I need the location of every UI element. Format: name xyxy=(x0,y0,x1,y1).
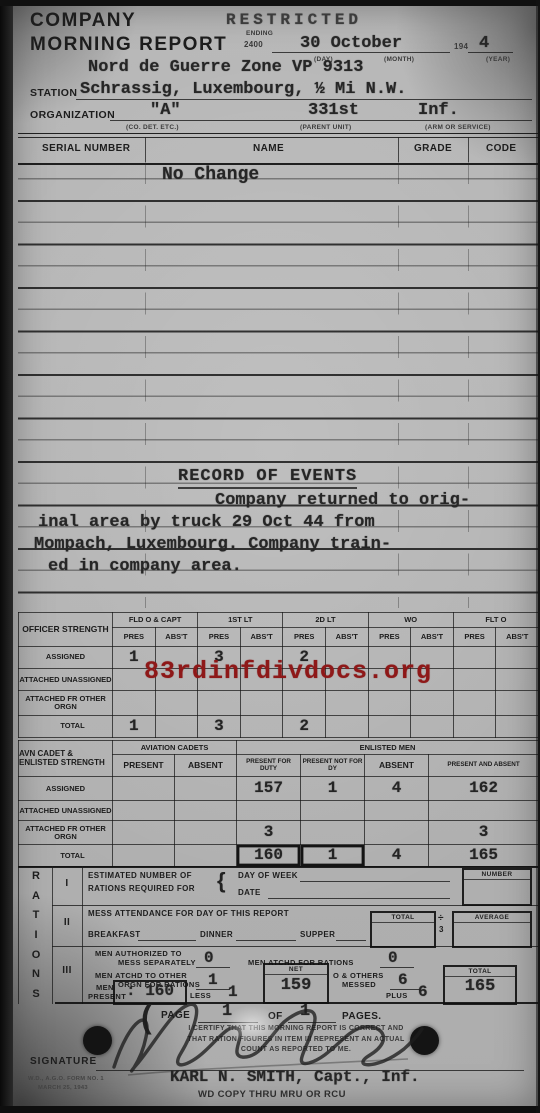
month-sublabel: (MONTH) xyxy=(384,56,414,63)
officer-sub-pres: PRES xyxy=(453,628,496,646)
enlisted-group-cadets: AVIATION CADETS xyxy=(113,741,237,755)
roster-divider-3 xyxy=(468,137,469,162)
rations-vertical-label: RATIONS xyxy=(20,870,52,1000)
roster-col-name: NAME xyxy=(253,143,284,154)
supper-underline xyxy=(336,940,366,941)
enlisted-row-label: ATTACHED FR OTHER ORGN xyxy=(19,821,113,845)
record-of-events-line2: inal area by truck 29 Oct 44 from xyxy=(38,513,375,532)
brace-glyph: { xyxy=(217,868,226,894)
atchd-other-underline xyxy=(196,989,230,990)
roster-col-serial: SERIAL NUMBER xyxy=(42,143,130,154)
officer-sub-abst: ABS'T xyxy=(411,628,454,646)
form-number-line1: W.D., A.G.O. FORM NO. 1 xyxy=(28,1076,104,1082)
grand-total-box-label: TOTAL xyxy=(445,967,515,977)
station-label: STATION xyxy=(30,87,77,99)
officer-total-1stlt-pres: 3 xyxy=(214,717,224,735)
officer-sub-pres: PRES xyxy=(113,628,156,646)
date-label: DATE xyxy=(238,888,261,897)
supper-label: SUPPER xyxy=(300,930,335,939)
grand-total-value: 165 xyxy=(445,977,515,996)
net-box-label: NET xyxy=(265,965,327,975)
ruled-column-stub-2 xyxy=(398,162,399,608)
rations-numeral-1: I xyxy=(52,878,82,889)
rations-numeral-2: II xyxy=(52,917,82,928)
number-box: NUMBER xyxy=(462,868,532,906)
officer-assigned-fldo-pres: 1 xyxy=(129,648,139,666)
officer-sub-pres: PRES xyxy=(198,628,241,646)
record-of-events-title: RECORD OF EVENTS xyxy=(178,467,357,489)
ending-time: 2400 xyxy=(244,40,263,49)
divide-by-value: 3 xyxy=(439,925,444,934)
enlisted-total-pa: 165 xyxy=(469,846,498,864)
day-of-week-label: DAY OF WEEK xyxy=(238,871,298,880)
breakfast-underline xyxy=(138,940,196,941)
year-underline xyxy=(468,52,513,53)
officer-sub-abst: ABS'T xyxy=(325,628,368,646)
officer-sub-abst: ABS'T xyxy=(496,628,539,646)
org-company-sublabel: (CO. DET. ETC.) xyxy=(126,124,179,131)
men-present-label-1: MEN xyxy=(96,983,114,992)
signed-name-typed: KARL N. SMITH, Capt., Inf. xyxy=(170,1068,420,1086)
ending-label: ENDING xyxy=(246,30,273,37)
officer-row-label: TOTAL xyxy=(19,715,113,737)
station-value: Schrassig, Luxembourg, ½ Mi N.W. xyxy=(80,80,406,99)
officer-group-fldo: FLD O & CAPT xyxy=(113,613,198,628)
enlisted-col-present: PRESENT xyxy=(113,755,175,777)
auth-mess-underline xyxy=(196,967,230,968)
divide-symbol: ÷ xyxy=(438,913,444,924)
enlisted-col-present-not-for-dy: PRESENT NOT FOR DY xyxy=(301,755,365,777)
signature-label: SIGNATURE xyxy=(30,1056,97,1067)
dinner-label: DINNER xyxy=(200,930,233,939)
roster-col-code: CODE xyxy=(486,143,517,154)
year-printed: 194 xyxy=(454,42,468,51)
enlisted-total-pfd: 160 xyxy=(254,846,283,864)
enlisted-col-present-and-absent: PRESENT AND ABSENT xyxy=(429,755,539,777)
rations-numeral-divider xyxy=(82,866,83,1004)
officer-row-label: ATTACHED UNASSIGNED xyxy=(19,668,113,690)
rations-numeral-3: III xyxy=(52,965,82,976)
zone-line: Nord de Guerre Zone VP 9313 xyxy=(88,58,363,77)
enlisted-corner-label: AVN CADET & ENLISTED STRENGTH xyxy=(19,741,113,777)
record-of-events-line3: Mompach, Luxembourg. Company train- xyxy=(34,535,391,554)
org-parent-value: 331st xyxy=(308,101,359,120)
photo-edge-top xyxy=(0,0,540,6)
enlisted-col-absent: ABSENT xyxy=(175,755,237,777)
officer-sub-abst: ABS'T xyxy=(240,628,283,646)
average-box: AVERAGE xyxy=(452,911,532,948)
form-title-line1: COMPANY xyxy=(30,10,136,32)
grand-total-box: TOTAL 165 xyxy=(443,965,517,1005)
ruled-column-stub-3 xyxy=(468,162,469,608)
others-messed-label-2: MESSED xyxy=(342,980,376,989)
enlisted-col-present-for-duty: PRESENT FOR DUTY xyxy=(237,755,301,777)
org-company-value: "A" xyxy=(150,101,181,120)
enlisted-group-enlisted: ENLISTED MEN xyxy=(237,741,539,755)
officer-row-label: ASSIGNED xyxy=(19,646,113,668)
form-number-line2: MARCH 25, 1943 xyxy=(38,1085,88,1091)
breakfast-label: BREAKFAST xyxy=(88,930,141,939)
photo-edge-bottom xyxy=(0,1106,540,1113)
copy-routing-line: WD COPY THRU MRU OR RCU xyxy=(198,1089,346,1100)
roster-col-grade: GRADE xyxy=(414,143,452,154)
enlisted-row-label: TOTAL xyxy=(19,845,113,867)
atchd-other-value: 1 xyxy=(208,971,218,989)
officer-sub-pres: PRES xyxy=(283,628,326,646)
officer-sub-abst: ABS'T xyxy=(155,628,198,646)
roster-divider-1 xyxy=(145,137,146,162)
others-messed-underline xyxy=(390,989,420,990)
officer-row-label: ATTACHED FR OTHER ORGN xyxy=(19,691,113,715)
org-arm-sublabel: (ARM OR SERVICE) xyxy=(425,124,491,131)
date-underline-rations xyxy=(268,898,450,899)
dinner-underline xyxy=(236,940,296,941)
roster-entry-text: No Change xyxy=(162,165,259,185)
flash-spot xyxy=(225,1005,280,1045)
enlisted-row-label: ASSIGNED xyxy=(19,777,113,801)
watermark-text: 83rdinfdivdocs.org xyxy=(144,657,432,686)
mess-total-box-label: TOTAL xyxy=(372,913,434,923)
enlisted-row-label: ATTACHED UNASSIGNED xyxy=(19,801,113,821)
day-of-week-underline xyxy=(300,881,450,882)
net-value: 159 xyxy=(265,976,327,995)
enlisted-assigned-pnfd: 1 xyxy=(328,779,338,797)
officer-total-fldo-pres: 1 xyxy=(129,717,139,735)
number-box-label: NUMBER xyxy=(464,870,530,880)
officer-group-wo: WO xyxy=(368,613,453,628)
enlisted-assigned-pa: 162 xyxy=(469,779,498,797)
date-underline xyxy=(272,52,450,53)
enlisted-assigned-pfd: 157 xyxy=(254,779,283,797)
average-box-label: AVERAGE xyxy=(454,913,530,923)
record-of-events-line1: Company returned to orig- xyxy=(215,491,470,510)
others-messed-label-1: O & OTHERS xyxy=(333,971,384,980)
officer-corner-label: OFFICER STRENGTH xyxy=(19,613,113,647)
date-value: 30 October xyxy=(300,34,402,53)
officer-total-2dlt-pres: 2 xyxy=(299,717,309,735)
enlisted-attached-pa: 3 xyxy=(479,823,489,841)
officer-sub-pres: PRES xyxy=(368,628,411,646)
officer-group-2dlt: 2D LT xyxy=(283,613,368,628)
org-parent-sublabel: (PARENT UNIT) xyxy=(300,124,351,131)
others-messed-value: 6 xyxy=(398,971,408,989)
photo-edge-right xyxy=(536,0,540,1113)
enlisted-attached-pfd: 3 xyxy=(264,823,274,841)
officer-group-1stlt: 1ST LT xyxy=(198,613,283,628)
scanned-morning-report-photo: COMPANY MORNING REPORT RESTRICTED ENDING… xyxy=(0,0,540,1113)
year-sublabel: (YEAR) xyxy=(486,56,510,63)
organization-underline xyxy=(110,120,532,121)
enlisted-total-pnfd: 1 xyxy=(328,846,338,864)
enlisted-assigned-absent: 4 xyxy=(392,779,402,797)
organization-label: ORGANIZATION xyxy=(30,109,115,121)
station-underline xyxy=(76,99,532,100)
photo-edge-left xyxy=(0,0,13,1113)
form-title-line2: MORNING REPORT xyxy=(30,34,227,56)
rations-top-rule xyxy=(18,866,538,868)
enlisted-total-absent: 4 xyxy=(392,846,402,864)
mess-total-box: TOTAL xyxy=(370,911,436,948)
auth-mess-value: 0 xyxy=(204,949,214,967)
org-arm-value: Inf. xyxy=(418,101,459,120)
roster-divider-2 xyxy=(398,137,399,162)
atchd-rations-value: 0 xyxy=(388,949,398,967)
auth-mess-label-1: MEN AUTHORIZED TO xyxy=(95,949,182,958)
auth-mess-label-2: MESS SEPARATELY xyxy=(118,958,196,967)
estimated-rations-label-2: RATIONS REQUIRED FOR xyxy=(88,884,195,893)
record-of-events-line4: ed in company area. xyxy=(48,557,242,576)
restricted-stamp: RESTRICTED xyxy=(226,11,362,29)
year-typed: 4 xyxy=(479,34,489,53)
atchd-rations-underline xyxy=(380,967,414,968)
enlisted-strength-table: AVN CADET & ENLISTED STRENGTH AVIATION C… xyxy=(18,740,539,867)
rations-left-border xyxy=(18,866,19,1004)
roster-top-rule-1 xyxy=(18,133,538,134)
estimated-rations-label-1: ESTIMATED NUMBER OF xyxy=(88,871,192,880)
enlisted-col-absent-2: ABSENT xyxy=(365,755,429,777)
atchd-other-label-1: MEN ATCHD TO OTHER xyxy=(95,971,187,980)
officer-group-flto: FLT O xyxy=(453,613,538,628)
mess-attendance-label: MESS ATTENDANCE FOR DAY OF THIS REPORT xyxy=(88,909,289,918)
